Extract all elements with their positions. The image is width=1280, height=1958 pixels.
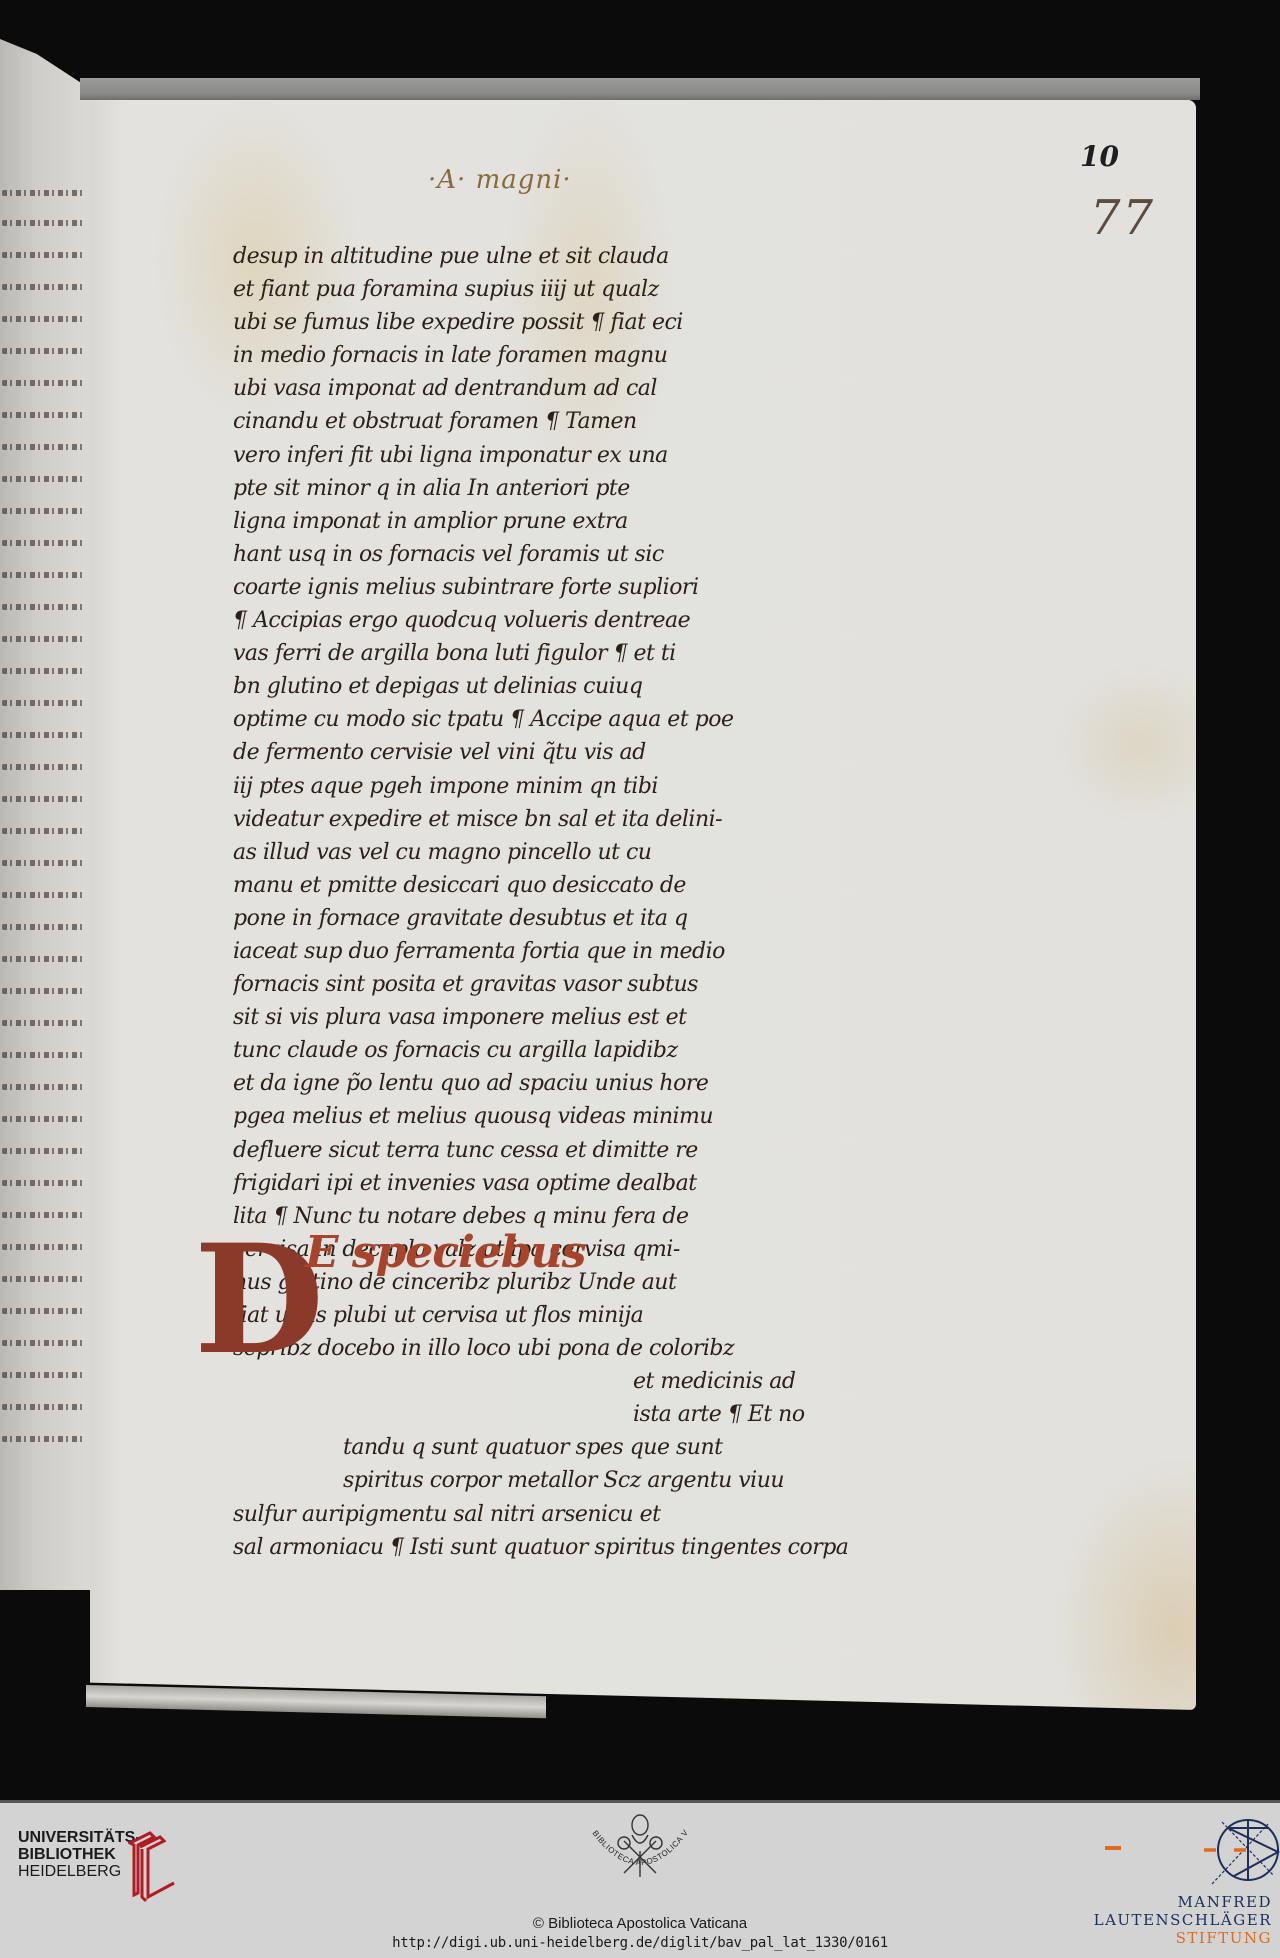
folio-number-modern: 10 xyxy=(1080,140,1119,173)
text-line: coarte ignis melius subintrare forte sup… xyxy=(233,571,913,604)
footer: UNIVERSITÄTS- BIBLIOTHEK HEIDELBERG BIBL… xyxy=(0,1800,1280,1958)
bav-logo[interactable]: BIBLIOTECA APOSTOLICA VATICANA xyxy=(540,1811,740,1891)
text-line: vas ferri de argilla bona luti figulor ¶… xyxy=(233,637,913,670)
text-line: desup in altitudine pue ulne et sit clau… xyxy=(233,240,913,273)
text-line: iij ptes aque pgeh impone minim qn tibi xyxy=(233,770,913,803)
text-line: iaceat sup duo ferramenta fortia que in … xyxy=(233,935,913,968)
text-line: de fermento cervisie vel vini q̃tu vis a… xyxy=(233,736,913,769)
papal-seal-icon: BIBLIOTECA APOSTOLICA VATICANA xyxy=(580,1811,700,1891)
facing-left-page xyxy=(0,30,92,1590)
text-line: ¶ Accipias ergo quodcuq volueris dentrea… xyxy=(233,604,913,637)
text-line: sit si vis plura vasa imponere melius es… xyxy=(233,1001,913,1034)
text-line: as illud vas vel cu magno pincello ut cu xyxy=(233,836,913,869)
text-line: ubi se fumus libe expedire possit ¶ fiat… xyxy=(233,306,913,339)
text-line: tandu q sunt quatuor spes que sunt xyxy=(233,1431,913,1464)
running-head: ·A· magni· xyxy=(428,165,572,195)
text-line: ubi vasa imponat ad dentrandum ad cal xyxy=(233,372,913,405)
rubric-heading: E speciebus xyxy=(305,1227,585,1278)
text-line: sulfur auripigmentu sal nitri arsenicu e… xyxy=(233,1498,913,1531)
text-line: spiritus corpor metallor Scz argentu viu… xyxy=(233,1464,913,1497)
ub-heidelberg-logo[interactable]: UNIVERSITÄTS- BIBLIOTHEK HEIDELBERG xyxy=(18,1829,141,1880)
text-line: et medicinis ad xyxy=(233,1365,913,1398)
text-line: pte sit minor q in alia In anteriori pte xyxy=(233,472,913,505)
main-text-block: desup in altitudine pue ulne et sit clau… xyxy=(233,240,913,1564)
text-line: sepribz docebo in illo loco ubi pona de … xyxy=(233,1332,913,1365)
text-line: cinandu et obstruat foramen ¶ Tamen xyxy=(233,405,913,438)
text-line: ista arte ¶ Et no xyxy=(233,1398,913,1431)
text-line: fiat unus plubi ut cervisa ut flos minij… xyxy=(233,1299,913,1332)
text-line: vero inferi fit ubi ligna imponatur ex u… xyxy=(233,439,913,472)
ub-logo-line2: BIBLIOTHEK xyxy=(18,1846,141,1863)
text-line: in medio fornacis in late foramen magnu xyxy=(233,339,913,372)
manuscript-viewer: ·A· magni· 10 77 desup in altitudine pue… xyxy=(0,0,1280,1800)
copyright-text: © Biblioteca Apostolica Vaticana xyxy=(440,1915,840,1932)
text-line: pone in fornace gravitate desubtus et it… xyxy=(233,902,913,935)
ub-book-icon xyxy=(128,1831,178,1905)
text-line: et fiant pua foramina supius iiij ut qua… xyxy=(233,273,913,306)
ub-logo-line1: UNIVERSITÄTS- xyxy=(18,1829,141,1846)
orange-dash-icon xyxy=(1105,1846,1121,1850)
permalink-url[interactable]: http://digi.ub.uni-heidelberg.de/diglit/… xyxy=(380,1935,900,1951)
text-line: sal armoniacu ¶ Isti sunt quatuor spirit… xyxy=(233,1531,913,1564)
text-line: videatur expedire et misce bn sal et ita… xyxy=(233,803,913,836)
text-line: optime cu modo sic tpatu ¶ Accipe aqua e… xyxy=(233,703,913,736)
text-line: tunc claude os fornacis cu argilla lapid… xyxy=(233,1034,913,1067)
ub-logo-line3: HEIDELBERG xyxy=(18,1863,141,1880)
mls-line1: MANFRED xyxy=(1178,1893,1273,1911)
page-top-edge xyxy=(80,78,1200,100)
text-line: hant usq in os fornacis vel foramis ut s… xyxy=(233,538,913,571)
text-line: defluere sicut terra tunc cessa et dimit… xyxy=(233,1134,913,1167)
folio-number-old: 77 xyxy=(1090,190,1155,246)
foundation-emblem-icon xyxy=(1190,1816,1280,1888)
text-line: et da igne p̃o lentu quo ad spaciu unius… xyxy=(233,1067,913,1100)
text-line: frigidari ipi et invenies vasa optime de… xyxy=(233,1167,913,1200)
text-line: ligna imponat in amplior prune extra xyxy=(233,505,913,538)
text-line: fornacis sint posita et gravitas vasor s… xyxy=(233,968,913,1001)
mls-line3: STIFTUNG xyxy=(1176,1929,1272,1947)
text-line: bn glutino et depigas ut delinias cuiuq xyxy=(233,670,913,703)
text-line: manu et pmitte desiccari quo desiccato d… xyxy=(233,869,913,902)
text-line: pgea melius et melius quousq videas mini… xyxy=(233,1100,913,1133)
mls-line2: LAUTENSCHLÄGER xyxy=(1094,1911,1272,1929)
